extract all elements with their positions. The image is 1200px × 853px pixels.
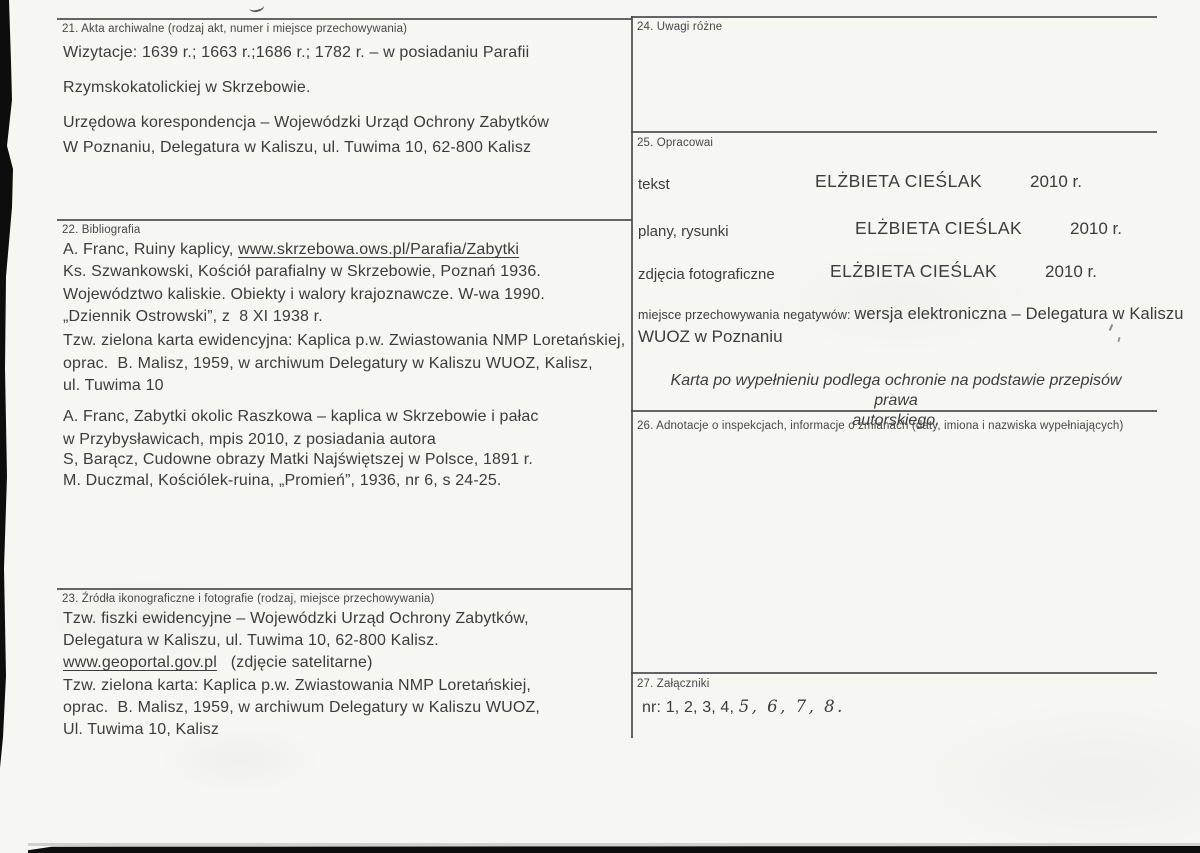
credit-label: tekst: [638, 176, 670, 193]
credit-year: 2010 r.: [1070, 219, 1122, 239]
url-caption: (zdjęcie satelitarne): [217, 654, 373, 671]
text-line: oprac. B. Malisz, 1959, w archiwum Deleg…: [63, 355, 593, 373]
credit-name: ELŻBIETA CIEŚLAK: [855, 218, 1022, 239]
text-line: Delegatura w Kaliszu, ul. Tuwima 10, 62-…: [63, 632, 439, 650]
negatives-value-line2: WUOZ w Poznaniu: [638, 327, 783, 347]
scan-edge-bottom: [28, 846, 1200, 853]
section-27-header: 27. Załączniki: [637, 678, 709, 690]
text-line: Tzw. zielona karta: Kaplica p.w. Zwiasto…: [63, 677, 531, 695]
section-25-header: 25. Opracowai: [637, 137, 713, 149]
scanned-heritage-record-card: 21. Akta archiwalne (rodzaj akt, numer i…: [0, 0, 1200, 853]
text-line: Rzymskokatolickiej w Skrzebowie.: [63, 79, 311, 97]
text-line: w Przybysławicach, mpis 2010, z posiadan…: [63, 431, 436, 449]
attachments-handwritten: 5, 6, 7, 8.: [739, 697, 845, 716]
scan-artifact-squiggle: [248, 1, 265, 14]
section-24-uwagi-rozne: 24. Uwagi różne: [631, 16, 1157, 131]
text-line: A. Franc, Zabytki okolic Raszkowa – kapl…: [63, 408, 539, 426]
text-line: Urzędowa korespondencja – Wojewódzki Urz…: [63, 114, 549, 132]
section-22-bibliografia: 22. Bibliografia A. Franc, Ruiny kaplicy…: [57, 219, 631, 588]
credit-label: plany, rysunki: [638, 223, 729, 240]
section-25-opracowal: 25. Opracowai tekst ELŻBIETA CIEŚLAK 201…: [631, 131, 1157, 410]
attachments-typed: nr: 1, 2, 3, 4,: [642, 699, 739, 716]
text-line: Województwo kaliskie. Obiekty i walory k…: [63, 286, 545, 304]
text-line: A. Franc, Ruiny kaplicy, www.skrzebowa.o…: [63, 241, 519, 259]
attachments-line: nr: 1, 2, 3, 4, 5, 6, 7, 8.: [642, 697, 845, 717]
text-line: W Poznaniu, Delegatura w Kaliszu, ul. Tu…: [63, 139, 531, 157]
section-26-adnotacje: 26. Adnotacje o inspekcjach, informacje …: [631, 410, 1157, 672]
bibliography-entry: A. Franc, Ruiny kaplicy,: [63, 241, 238, 258]
negatives-line: miejsce przechowywania negatywów: wersja…: [638, 305, 1184, 324]
copyright-note-line: Karta po wypełnieniu podlega ochronie na…: [656, 371, 1136, 411]
credit-year: 2010 r.: [1030, 172, 1082, 192]
section-24-header: 24. Uwagi różne: [637, 21, 722, 33]
negatives-value: wersja elektroniczna – Delegatura w Kali…: [854, 305, 1183, 323]
text-line: S, Barącz, Cudowne obrazy Matki Najświęt…: [63, 451, 533, 469]
section-26-header: 26. Adnotacje o inspekcjach, informacje …: [637, 420, 1123, 432]
url-text: www.geoportal.gov.pl: [63, 654, 217, 671]
credit-name: ELŻBIETA CIEŚLAK: [815, 171, 982, 192]
section-27-zalaczniki: 27. Załączniki nr: 1, 2, 3, 4, 5, 6, 7, …: [631, 672, 1157, 772]
text-line: Ks. Szwankowski, Kościół parafialny w Sk…: [63, 263, 541, 281]
section-23-header: 23. Źródła ikonograficzne i fotografie (…: [62, 593, 434, 605]
text-line: oprac. B. Malisz, 1959, w archiwum Deleg…: [63, 699, 540, 717]
url-text: www.skrzebowa.ows.pl/Parafia/Zabytki: [238, 241, 519, 258]
negatives-label: miejsce przechowywania negatywów:: [638, 308, 854, 322]
section-22-header: 22. Bibliografia: [62, 224, 140, 236]
scan-edge-left: [0, 0, 13, 768]
text-line: ul. Tuwima 10: [63, 377, 164, 395]
credit-name: ELŻBIETA CIEŚLAK: [830, 261, 997, 282]
section-21-akta-archiwalne: 21. Akta archiwalne (rodzaj akt, numer i…: [57, 18, 631, 219]
text-line: Wizytacje: 1639 r.; 1663 r.;1686 r.; 178…: [63, 44, 529, 62]
text-line: „Dziennik Ostrowski”, z 8 XI 1938 r.: [63, 308, 323, 326]
text-line: Tzw. zielona karta ewidencyjna: Kaplica …: [63, 332, 625, 350]
section-21-header: 21. Akta archiwalne (rodzaj akt, numer i…: [62, 23, 407, 35]
text-line: M. Duczmal, Kościólek-ruina, „Promień”, …: [63, 472, 502, 490]
text-line: www.geoportal.gov.pl (zdjęcie satelitarn…: [63, 654, 373, 672]
section-23-zrodla-ikonograficzne: 23. Źródła ikonograficzne i fotografie (…: [57, 588, 631, 846]
credit-label: zdjęcia fotograficzne: [638, 266, 775, 283]
text-line: Ul. Tuwima 10, Kalisz: [63, 721, 219, 739]
credit-year: 2010 r.: [1045, 262, 1097, 282]
text-line: Tzw. fiszki ewidencyjne – Wojewódzki Urz…: [63, 610, 529, 628]
